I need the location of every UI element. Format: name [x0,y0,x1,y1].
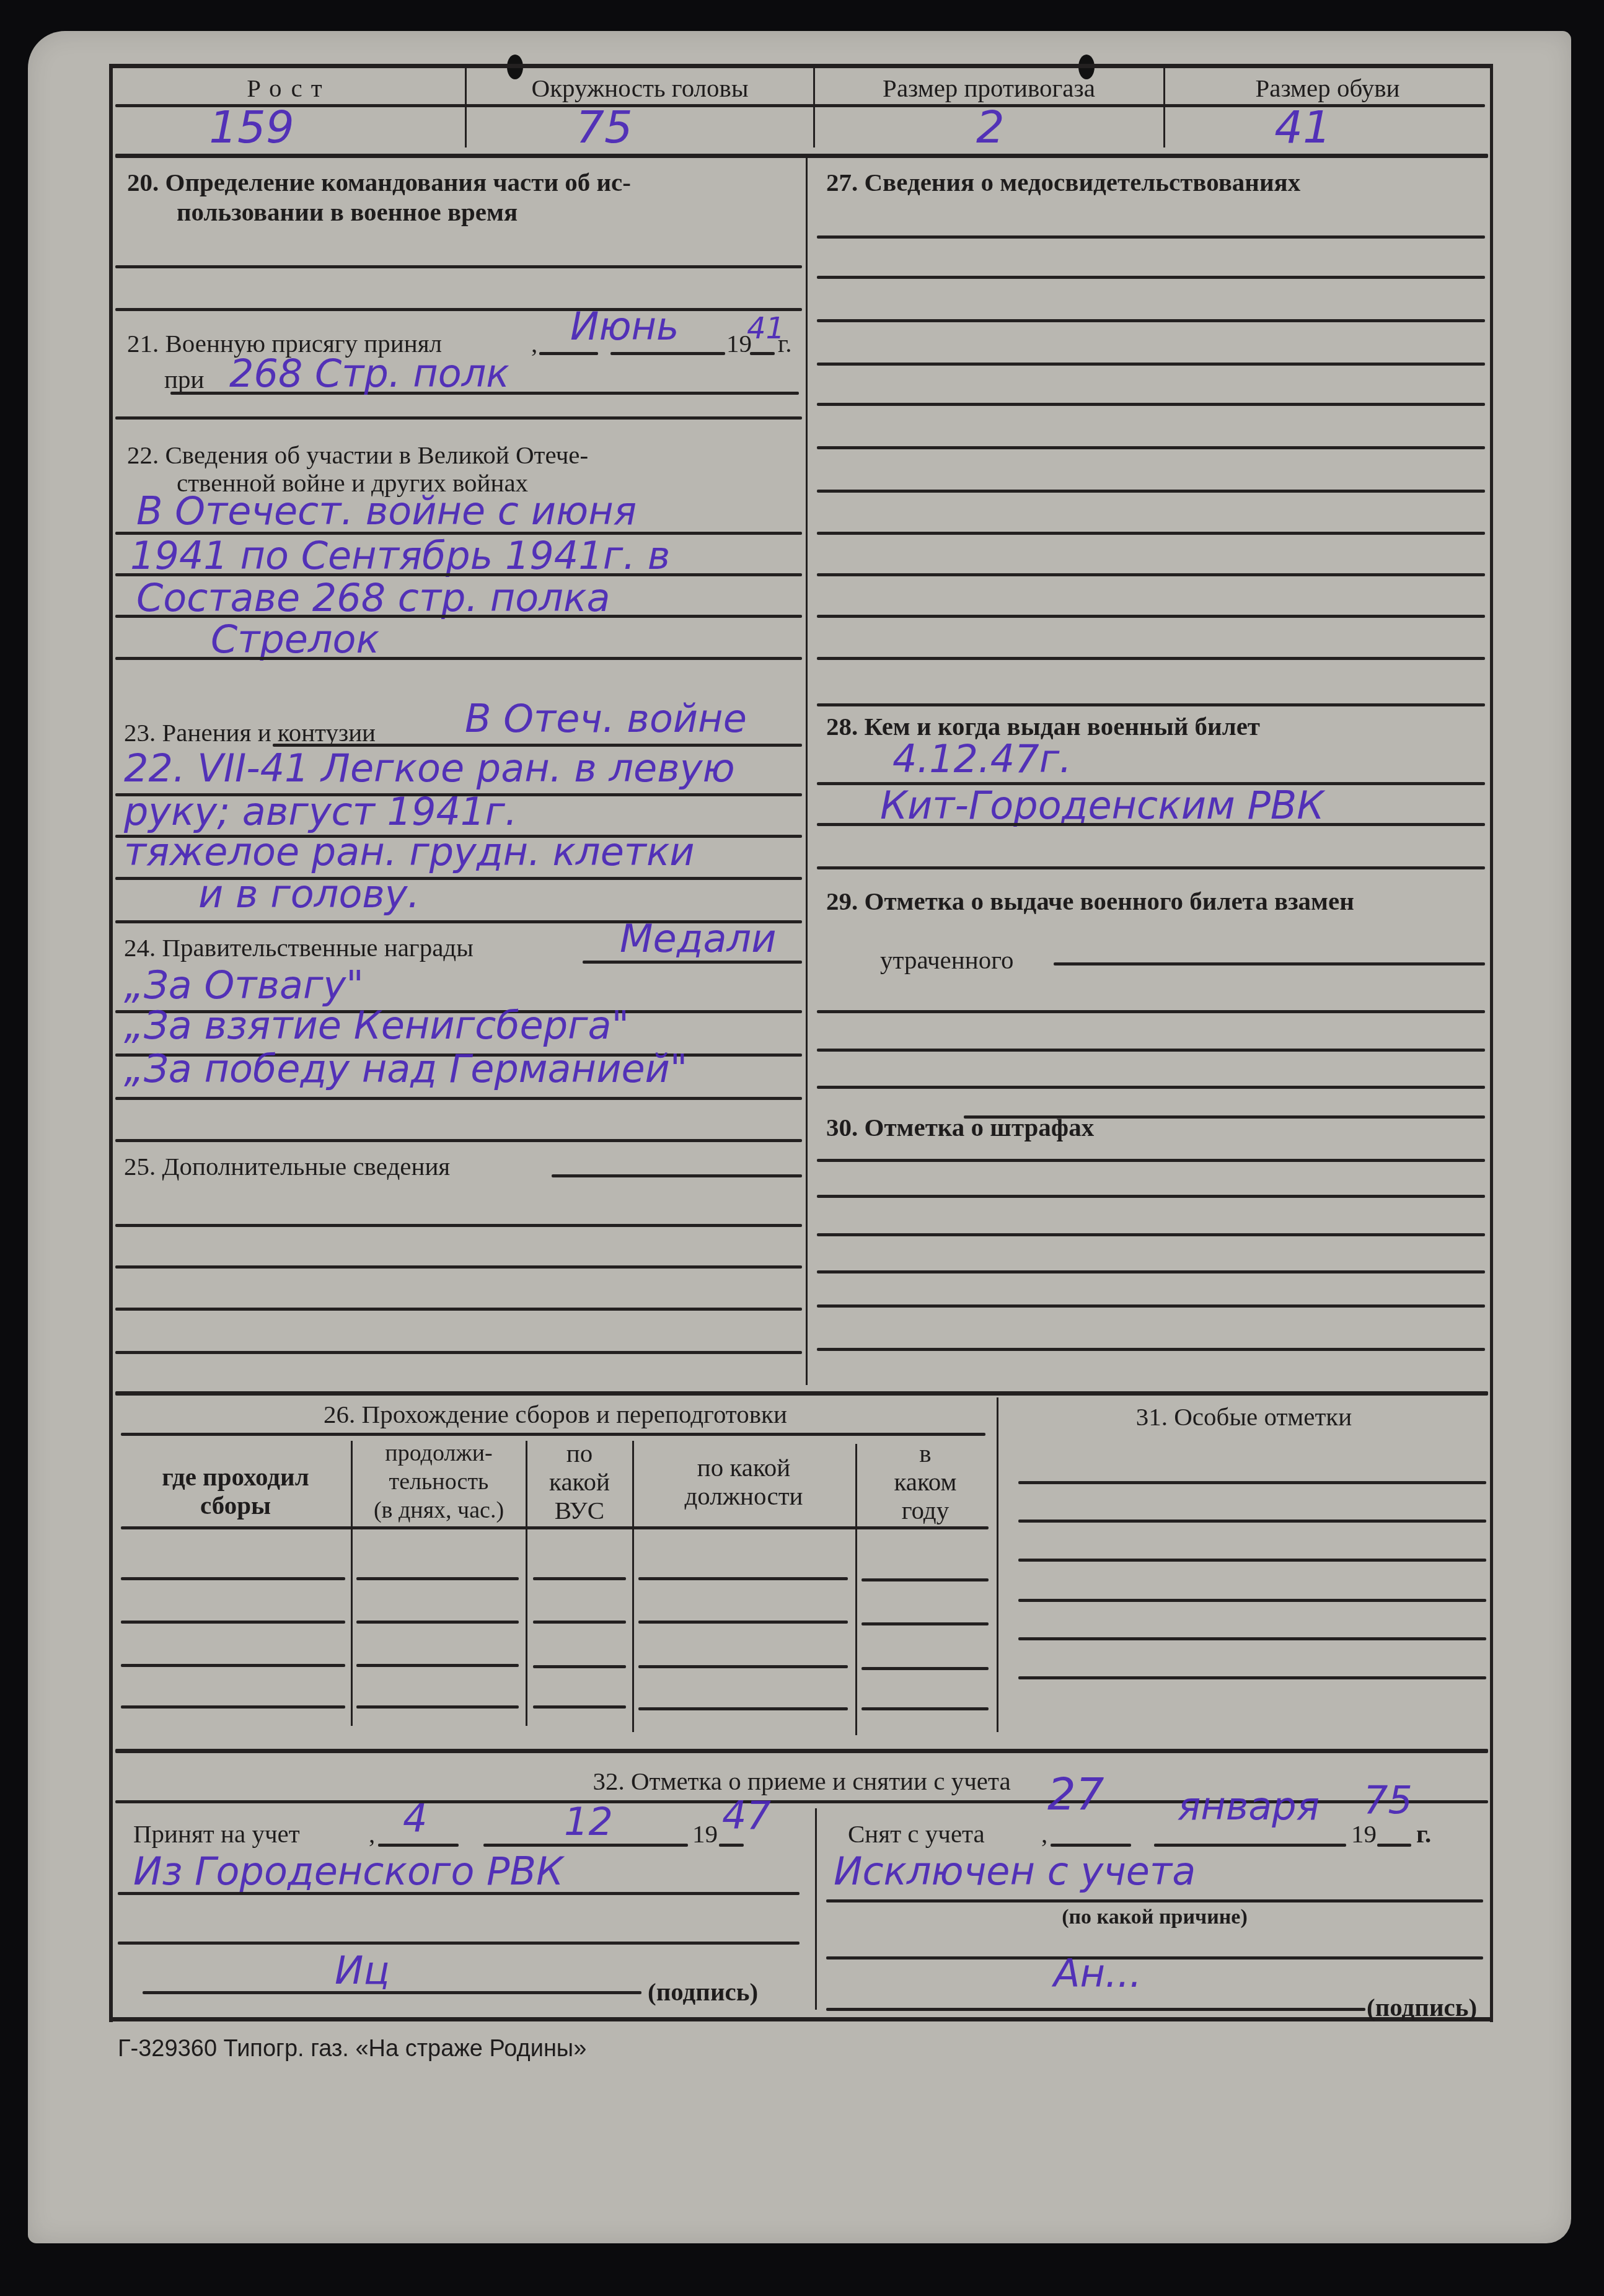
frame-right-line [1490,64,1493,2022]
s22-hw-line1: В Отечест. войне с июня [136,490,637,533]
s20-label-line1: 20. Определение командования части об ис… [127,167,631,197]
s24-hw-first: Медали [620,917,776,961]
s24-award-2: „За взятие Кенигсберга" [124,1004,629,1047]
column-divider [806,158,808,1385]
s23-hw-first: В Отеч. войне [465,697,747,741]
accepted-from: Из Городенского РВК [133,1850,563,1893]
s24-award-1: „За Отвагу" [124,964,364,1007]
removed-reason-label: (по какой причине) [826,1902,1483,1932]
s28-issued-by: Кит-Городенским РВК [880,784,1324,827]
accepted-label: Принят на учет [133,1819,300,1849]
s21-at-label: при [164,364,204,394]
value-height: 159 [115,105,388,149]
s22-hw-line2: 1941 по Сентябрь 1941г. в [130,534,670,578]
s23-hw-line3: тяжелое ран. грудн. клетки [124,830,695,874]
accepted-signature: Иц [335,1949,390,1992]
s21-unit: 268 Стр. полк [229,352,509,395]
header-height: Рост [115,73,462,103]
value-gasmask-size: 2 [817,105,1164,149]
s27-label: 27. Сведения о медосвидетельствованиях [826,167,1300,197]
s26-col-where: где проходилсборы [121,1462,350,1520]
frame-bottom-line [110,2017,1491,2021]
s28-issue-date: 4.12.47г. [892,737,1072,781]
value-shoe-size: 41 [1166,105,1439,149]
s24-award-3: „За победу над Германией" [124,1047,687,1091]
removed-reason: Исключен с учета [834,1850,1196,1893]
header-head-circumference: Окружность головы [468,73,812,103]
removed-signature: Ан... [1054,1952,1142,1995]
printer-imprint: Г-329360 Типогр. газ. «На страже Родины» [118,2034,586,2064]
s29-label-line1: 29. Отметка о выдаче военного билета вза… [826,886,1354,916]
s23-hw-line1: 22. VII-41 Легкое ран. в левую [124,747,735,790]
removed-label: Снят с учета [848,1819,985,1849]
s23-label: 23. Ранения и контузии [124,718,376,747]
s20-label-line2: пользовании в военное время [177,197,518,227]
s23-hw-line4: и в голову. [198,873,420,916]
frame-left-line [109,64,113,2022]
header-shoe-size: Размер обуви [1166,73,1489,103]
s22-hw-line3: Составе 268 стр. полка [136,576,610,620]
removed-sign-label: (подпись) [1367,1992,1477,2022]
s26-col-year: вкакомгоду [857,1439,994,1524]
accepted-sign-label: (подпись) [648,1977,758,2007]
removed-day: 27 [1047,1772,1104,1816]
removed-year: 75 [1364,1779,1412,1822]
s29-label-line2: утраченного [880,945,1013,975]
s24-label: 24. Правительственные награды [124,933,474,962]
s25-label: 25. Дополнительные сведения [124,1151,450,1181]
removed-month: января [1178,1785,1320,1828]
s21-oath-month: Июнь [570,305,679,348]
s31-title: 31. Особые отметки [999,1402,1489,1432]
header-gasmask-size: Размер противогаза [817,73,1161,103]
accepted-day: 4 [403,1797,427,1841]
s23-hw-line2: руку; август 1941г. [124,790,518,834]
s22-label-line1: 22. Сведения об участии в Великой Отече- [127,440,588,470]
frame-top-line [110,64,1491,68]
accepted-year: 47 [722,1794,771,1837]
value-head-circumference: 75 [468,105,741,149]
s26-col-duration: продолжи-тельность(в днях, час.) [352,1439,526,1524]
s22-hw-line4: Стрелок [211,618,379,661]
s26-title: 26. Прохождение сборов и переподготовки [115,1399,995,1429]
s26-col-position: по какойдолжности [633,1453,854,1510]
s26-col-vus: покакойВУС [527,1439,632,1524]
accepted-month: 12 [564,1800,613,1844]
